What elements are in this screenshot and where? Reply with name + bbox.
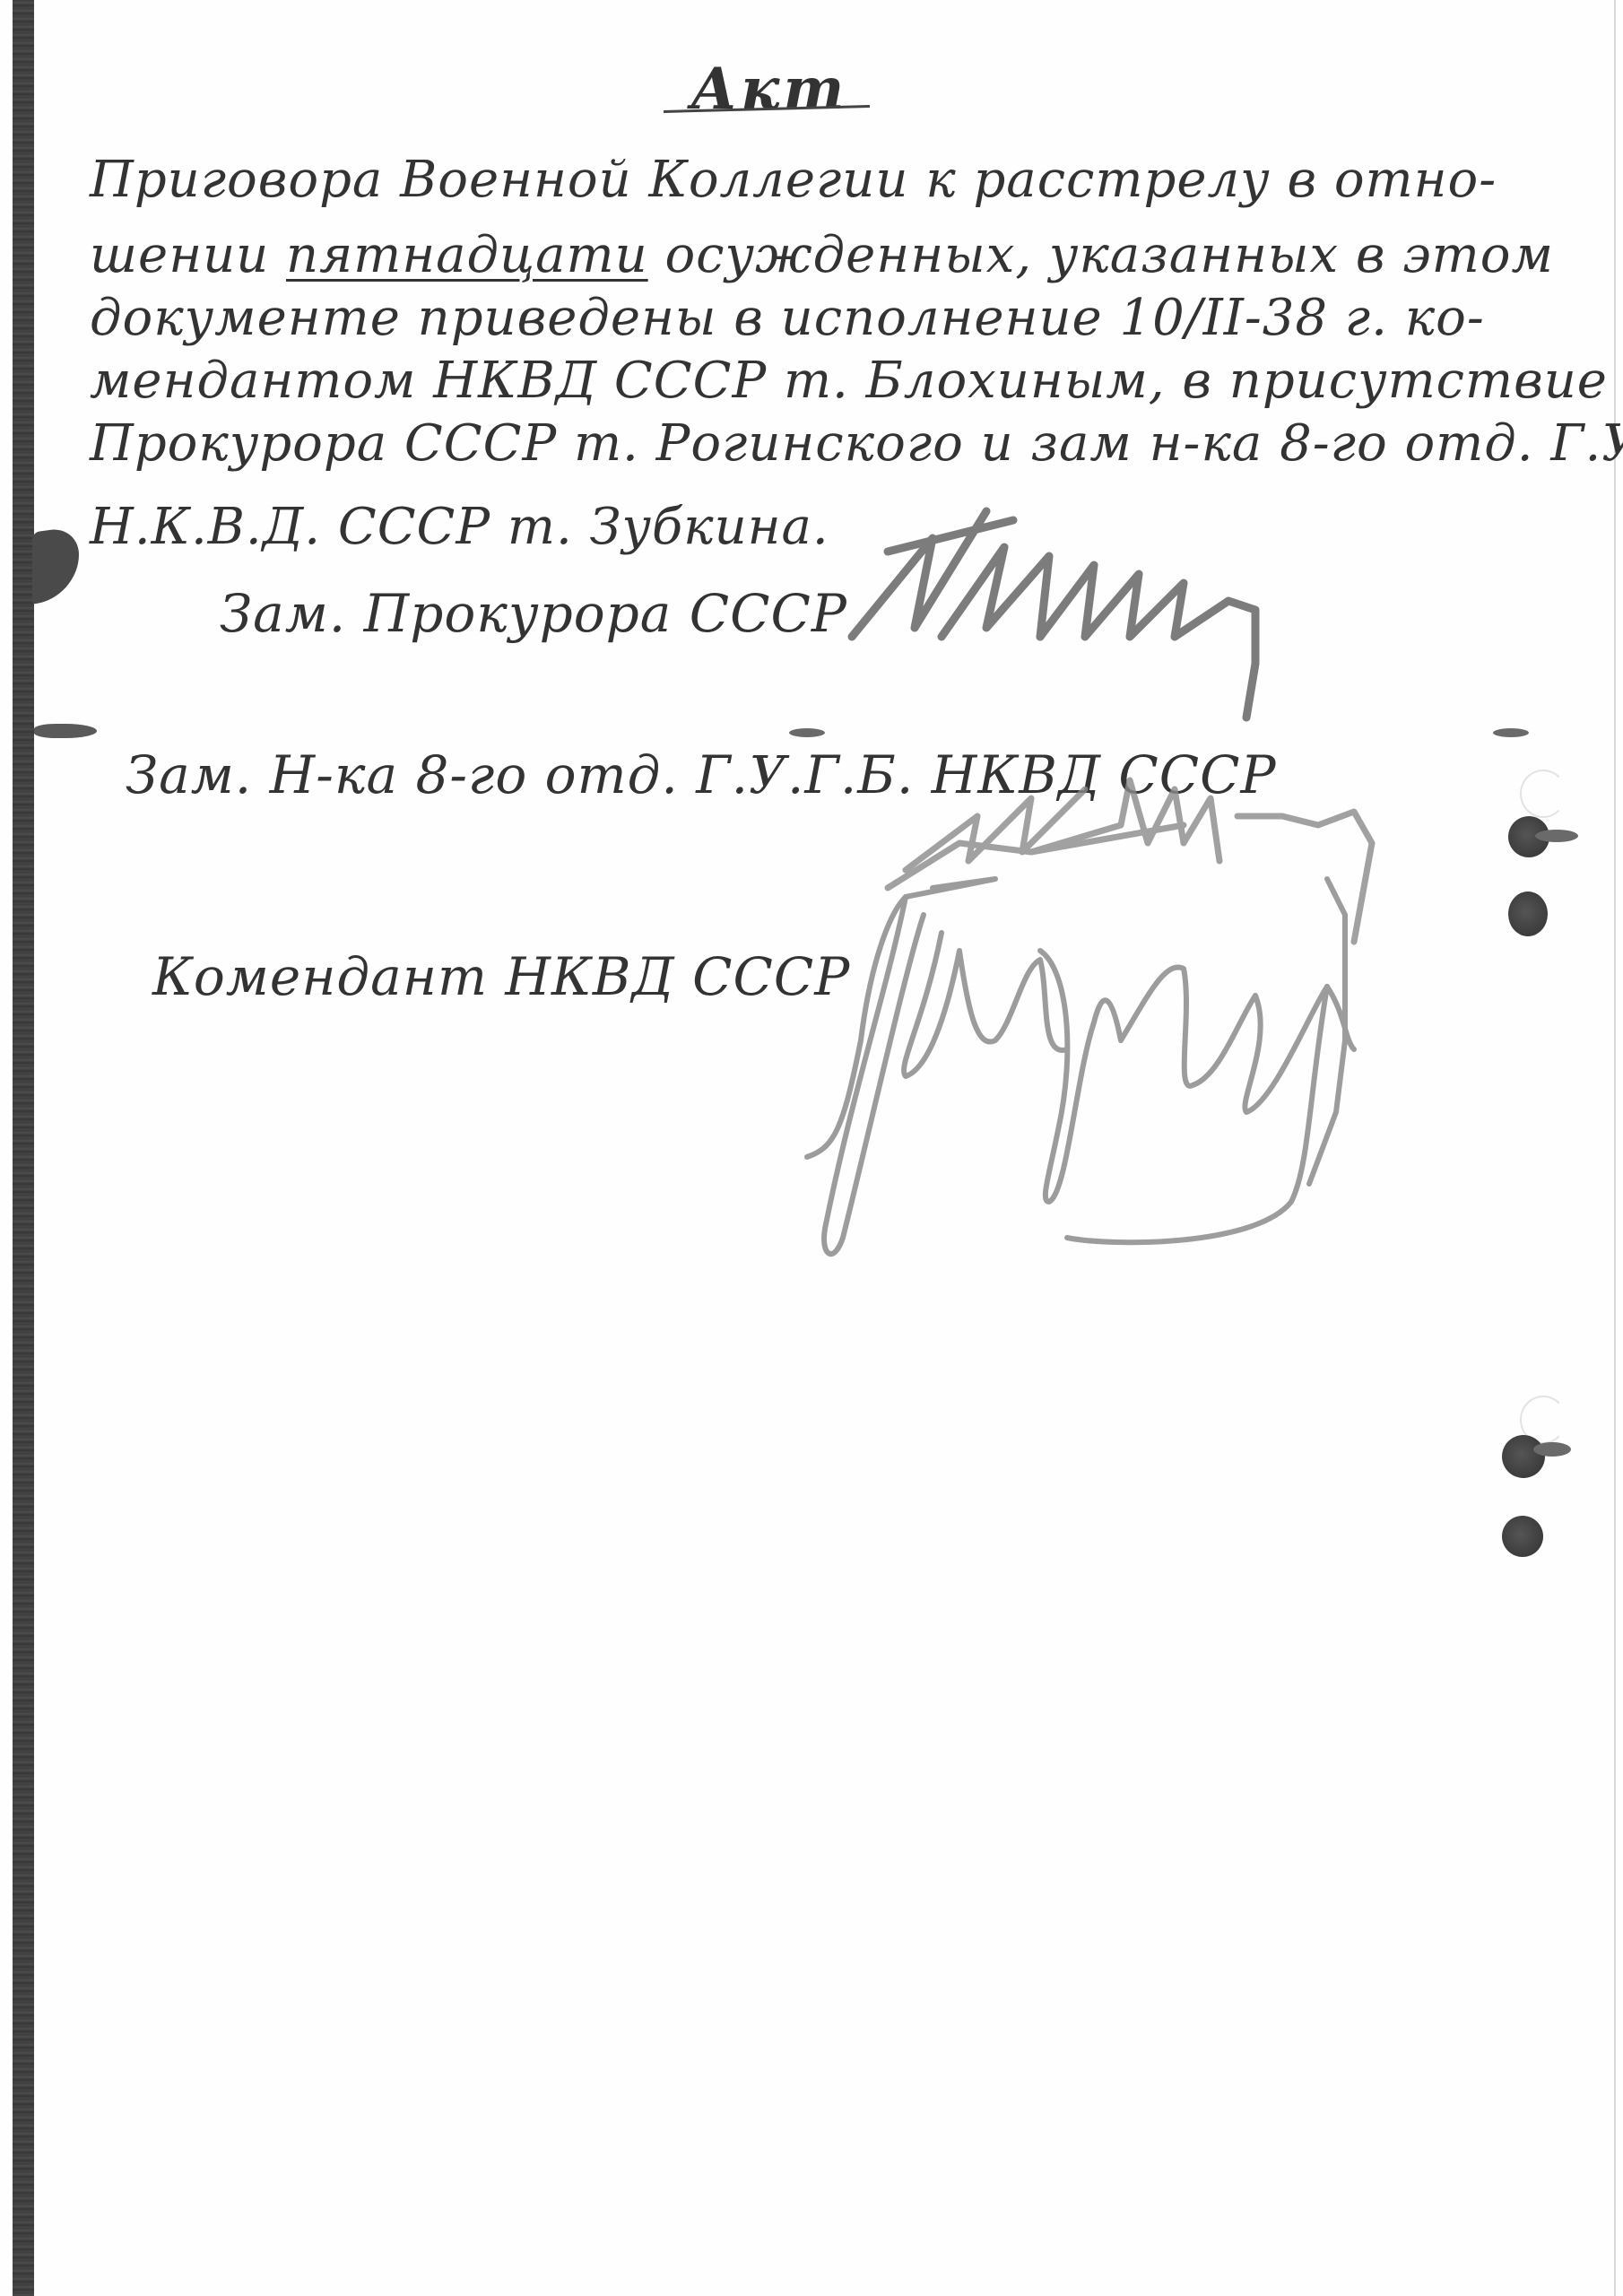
fold-mark (789, 728, 825, 737)
punch-hole (1502, 1435, 1545, 1478)
body-line-end: осужденных, указанных в этом (648, 226, 1554, 284)
punch-hole-tail (1533, 1442, 1571, 1457)
signature-commandant (771, 861, 1488, 1291)
punch-hole-ring (1520, 770, 1567, 818)
binding-tab-mark (34, 724, 97, 738)
body-line: мендантом НКВД СССР т. Блохиным, в прису… (90, 352, 1623, 410)
body-line: шении пятнадцати осужденных, указанных в… (90, 226, 1554, 284)
body-line: Прокурора СССР т. Рогинского и зам н-ка … (90, 414, 1623, 473)
body-line-start: шении (90, 226, 286, 284)
signature-label-deputy-prosecutor: Зам. Прокурора СССР (220, 583, 847, 644)
punch-hole (1508, 891, 1548, 936)
binding-tear (32, 526, 79, 604)
fold-mark (1493, 728, 1529, 737)
scanned-document-page: Акт Приговора Военной Коллегии к расстре… (0, 0, 1623, 2296)
punch-hole (1502, 1516, 1543, 1557)
signature-label-commandant: Комендант НКВД СССР (152, 946, 850, 1007)
binding-strip (13, 0, 34, 2296)
page-right-edge (1614, 0, 1616, 2296)
emphasized-count: пятнадцати (286, 226, 648, 284)
body-line: Н.К.В.Д. СССР т. Зубкина. (90, 498, 829, 556)
body-line: Приговора Военной Коллегии к расстрелу в… (90, 151, 1497, 209)
document-title: Акт (690, 56, 847, 123)
body-line: документе приведены в исполнение 10/II-3… (90, 289, 1485, 347)
signature-deputy-prosecutor (834, 502, 1372, 735)
punch-hole-tail (1535, 830, 1578, 842)
